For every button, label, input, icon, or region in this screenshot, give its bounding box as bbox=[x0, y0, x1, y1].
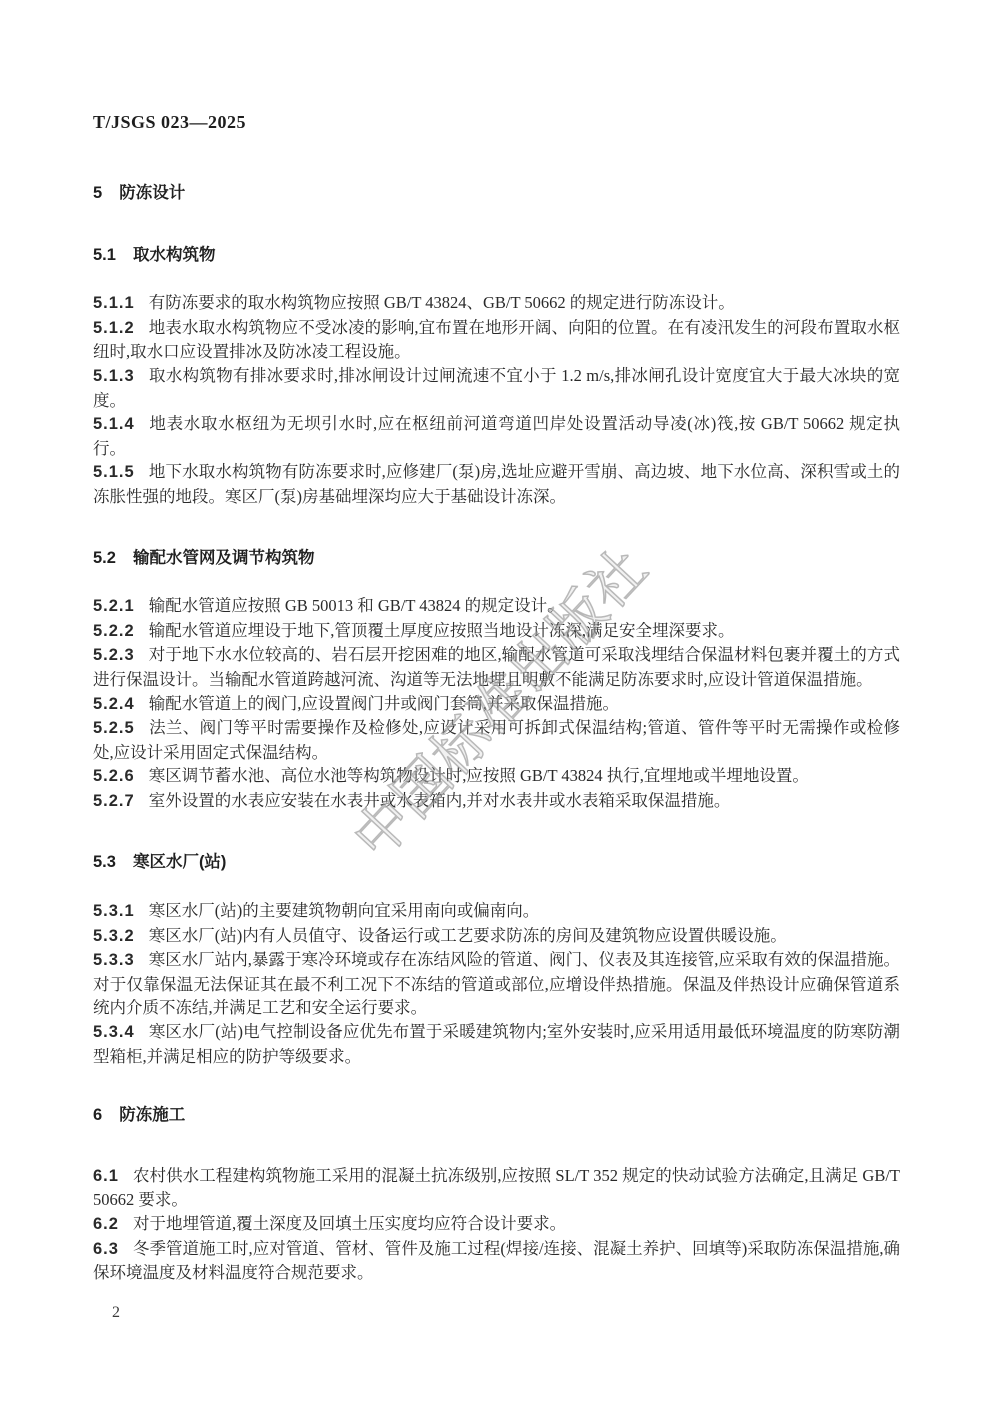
clause-6.1: 6.1农村供水工程建构筑物施工采用的混凝土抗冻级别,应按照 SL/T 352 规… bbox=[93, 1164, 900, 1212]
heading-text: 取水构筑物 bbox=[133, 246, 216, 264]
page-content: T/JSGS 023—2025 5防冻设计5.1取水构筑物5.1.1有防冻要求的… bbox=[0, 0, 992, 1285]
clause-text: 寒区水厂(站)内有人员值守、设备运行或工艺要求防冻的房间及建筑物应设置供暖设施。 bbox=[149, 926, 787, 945]
clause-5.1.1: 5.1.1有防冻要求的取水构筑物应按照 GB/T 43824、GB/T 5066… bbox=[93, 291, 900, 316]
clause-text: 室外设置的水表应安装在水表井或水表箱内,并对水表井或水表箱采取保温措施。 bbox=[149, 791, 731, 810]
clause-text: 地表水取水枢纽为无坝引水时,应在枢纽前河道弯道凹岸处设置活动导凌(冰)筏,按 G… bbox=[93, 414, 900, 458]
clause-number: 5.3.1 bbox=[93, 902, 135, 920]
clause-text: 寒区调节蓄水池、高位水池等构筑物设计时,应按照 GB/T 43824 执行,宜埋… bbox=[149, 766, 809, 785]
clause-text: 有防冻要求的取水构筑物应按照 GB/T 43824、GB/T 50662 的规定… bbox=[149, 293, 735, 312]
clause-number: 5.3.4 bbox=[93, 1023, 135, 1041]
clause-5.1.5: 5.1.5地下水取水构筑物有防冻要求时,应修建厂(泵)房,选址应避开雪崩、高边坡… bbox=[93, 460, 900, 508]
clause-number: 6.1 bbox=[93, 1167, 119, 1185]
clause-5.3.1: 5.3.1寒区水厂(站)的主要建筑物朝向宜采用南向或偏南向。 bbox=[93, 899, 900, 924]
section-heading-5.1: 5.1取水构筑物 bbox=[93, 244, 900, 268]
section-heading-5.3: 5.3寒区水厂(站) bbox=[93, 851, 900, 875]
clause-text: 法兰、阀门等平时需要操作及检修处,应设计采用可拆卸式保温结构;管道、管件等平时无… bbox=[93, 718, 900, 762]
clause-number: 5.2.6 bbox=[93, 767, 135, 785]
clause-text: 寒区水厂(站)的主要建筑物朝向宜采用南向或偏南向。 bbox=[149, 901, 540, 920]
heading-number: 5.1 bbox=[93, 246, 116, 264]
clause-number: 5.1.4 bbox=[93, 415, 135, 433]
clause-number: 5.1.3 bbox=[93, 367, 135, 385]
standard-number-header: T/JSGS 023—2025 bbox=[93, 113, 900, 132]
clause-5.2.1: 5.2.1输配水管道应按照 GB 50013 和 GB/T 43824 的规定设… bbox=[93, 594, 900, 619]
clause-number: 5.3.2 bbox=[93, 927, 135, 945]
clause-6.3: 6.3冬季管道施工时,应对管道、管材、管件及施工过程(焊接/连接、混凝土养护、回… bbox=[93, 1237, 900, 1285]
clause-number: 5.2.7 bbox=[93, 792, 135, 810]
clause-number: 5.2.1 bbox=[93, 597, 135, 615]
page-number: 2 bbox=[112, 1303, 120, 1323]
clause-number: 5.1.5 bbox=[93, 463, 135, 481]
clause-5.2.4: 5.2.4输配水管道上的阀门,应设置阀门井或阀门套筒,并采取保温措施。 bbox=[93, 692, 900, 717]
clause-5.1.4: 5.1.4地表水取水枢纽为无坝引水时,应在枢纽前河道弯道凹岸处设置活动导凌(冰)… bbox=[93, 412, 900, 460]
clause-5.2.6: 5.2.6寒区调节蓄水池、高位水池等构筑物设计时,应按照 GB/T 43824 … bbox=[93, 764, 900, 789]
heading-text: 防冻设计 bbox=[119, 184, 185, 202]
clause-number: 5.1.1 bbox=[93, 294, 135, 312]
clause-5.2.5: 5.2.5法兰、阀门等平时需要操作及检修处,应设计采用可拆卸式保温结构;管道、管… bbox=[93, 716, 900, 764]
heading-number: 5 bbox=[93, 184, 102, 202]
section-heading-6: 6防冻施工 bbox=[93, 1104, 900, 1128]
clause-number: 5.3.3 bbox=[93, 951, 135, 969]
clause-text: 输配水管道应埋设于地下,管顶覆土厚度应按照当地设计冻深,满足安全埋深要求。 bbox=[149, 621, 735, 640]
clause-text: 取水构筑物有排冰要求时,排冰闸设计过闸流速不宜小于 1.2 m/s,排冰闸孔设计… bbox=[93, 366, 900, 410]
clause-text: 农村供水工程建构筑物施工采用的混凝土抗冻级别,应按照 SL/T 352 规定的快… bbox=[93, 1166, 900, 1210]
section-heading-5: 5防冻设计 bbox=[93, 182, 900, 206]
heading-number: 5.2 bbox=[93, 549, 116, 567]
clause-5.2.2: 5.2.2输配水管道应埋设于地下,管顶覆土厚度应按照当地设计冻深,满足安全埋深要… bbox=[93, 619, 900, 644]
clause-text: 寒区水厂站内,暴露于寒冷环境或存在冻结风险的管道、阀门、仪表及其连接管,应采取有… bbox=[93, 950, 900, 1017]
clause-number: 5.2.4 bbox=[93, 695, 135, 713]
clause-5.2.7: 5.2.7室外设置的水表应安装在水表井或水表箱内,并对水表井或水表箱采取保温措施… bbox=[93, 789, 900, 814]
clause-number: 6.3 bbox=[93, 1240, 119, 1258]
clause-text: 地表水取水构筑物应不受冰凌的影响,宜布置在地形开阔、向阳的位置。在有凌汛发生的河… bbox=[93, 318, 900, 362]
clause-text: 地下水取水构筑物有防冻要求时,应修建厂(泵)房,选址应避开雪崩、高边坡、地下水位… bbox=[93, 462, 900, 506]
clause-5.3.2: 5.3.2寒区水厂(站)内有人员值守、设备运行或工艺要求防冻的房间及建筑物应设置… bbox=[93, 924, 900, 949]
clause-text: 对于地埋管道,覆土深度及回填土压实度均应符合设计要求。 bbox=[133, 1214, 566, 1233]
clause-number: 5.2.2 bbox=[93, 622, 135, 640]
heading-number: 6 bbox=[93, 1106, 102, 1124]
clause-number: 6.2 bbox=[93, 1215, 119, 1233]
clause-text: 输配水管道应按照 GB 50013 和 GB/T 43824 的规定设计。 bbox=[149, 596, 564, 615]
clause-5.1.3: 5.1.3取水构筑物有排冰要求时,排冰闸设计过闸流速不宜小于 1.2 m/s,排… bbox=[93, 364, 900, 412]
clause-5.2.3: 5.2.3对于地下水水位较高的、岩石层开挖困难的地区,输配水管道可采取浅埋结合保… bbox=[93, 643, 900, 691]
clause-number: 5.2.3 bbox=[93, 646, 135, 664]
clause-6.2: 6.2对于地埋管道,覆土深度及回填土压实度均应符合设计要求。 bbox=[93, 1212, 900, 1237]
clause-text: 对于地下水水位较高的、岩石层开挖困难的地区,输配水管道可采取浅埋结合保温材料包裹… bbox=[93, 645, 900, 689]
heading-number: 5.3 bbox=[93, 853, 116, 871]
clause-5.3.4: 5.3.4寒区水厂(站)电气控制设备应优先布置于采暖建筑物内;室外安装时,应采用… bbox=[93, 1020, 900, 1068]
section-heading-5.2: 5.2输配水管网及调节构筑物 bbox=[93, 547, 900, 571]
clause-number: 5.2.5 bbox=[93, 719, 135, 737]
clause-text: 冬季管道施工时,应对管道、管材、管件及施工过程(焊接/连接、混凝土养护、回填等)… bbox=[93, 1239, 900, 1283]
document-body: 5防冻设计5.1取水构筑物5.1.1有防冻要求的取水构筑物应按照 GB/T 43… bbox=[93, 182, 900, 1285]
heading-text: 防冻施工 bbox=[119, 1106, 185, 1124]
clause-text: 输配水管道上的阀门,应设置阀门井或阀门套筒,并采取保温措施。 bbox=[149, 694, 619, 713]
document-page: { "page": { "doc_code": "T/JSGS 023—2025… bbox=[0, 0, 992, 1403]
clause-5.1.2: 5.1.2地表水取水构筑物应不受冰凌的影响,宜布置在地形开阔、向阳的位置。在有凌… bbox=[93, 316, 900, 364]
clause-number: 5.1.2 bbox=[93, 319, 135, 337]
clause-text: 寒区水厂(站)电气控制设备应优先布置于采暖建筑物内;室外安装时,应采用适用最低环… bbox=[93, 1022, 900, 1066]
heading-text: 输配水管网及调节构筑物 bbox=[133, 549, 315, 567]
clause-5.3.3: 5.3.3寒区水厂站内,暴露于寒冷环境或存在冻结风险的管道、阀门、仪表及其连接管… bbox=[93, 948, 900, 1020]
heading-text: 寒区水厂(站) bbox=[133, 853, 227, 871]
